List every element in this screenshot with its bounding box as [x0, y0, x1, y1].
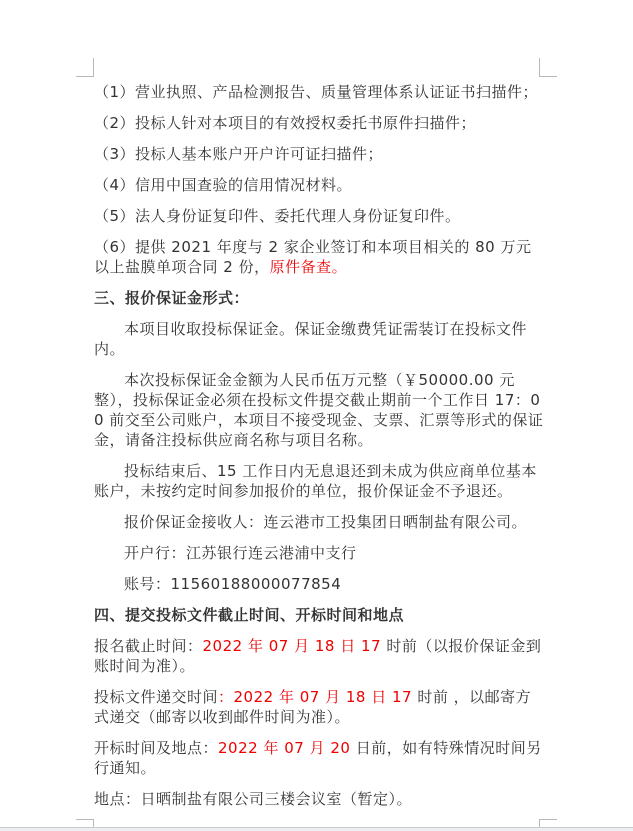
text-segment: （2）投标人针对本项目的有效授权委托书原件扫描件；	[94, 114, 476, 132]
para-deposit-intro: 本项目收取投标保证金。保证金缴费凭证需装订在投标文件内。	[94, 319, 544, 359]
list-item-4: （4）信用中国查验的信用情况材料。	[94, 175, 544, 195]
text-segment: 本次投标保证金金额为人民币伍万元整（￥50000.00 元整），投标保证金必须在…	[94, 371, 543, 449]
para-bid-opening-time: 开标时间及地点：2022 年 07 月 20 日前，如有特殊情况时间另行通知。	[94, 738, 544, 778]
para-bank-name: 开户行：江苏银行连云港浦中支行	[94, 543, 544, 563]
crop-mark-top-right-icon	[539, 58, 557, 77]
text-segment: 三、报价保证金形式：	[94, 289, 249, 307]
red-text-segment: 2022 年 07 月 18 日 17	[203, 637, 387, 655]
text-segment: 四、提交投标文件截止时间、开标时间和地点	[94, 606, 404, 624]
red-text-segment: 2022 年 07 月 20	[218, 739, 356, 757]
text-segment: （5）法人身份证复印件、委托代理人身份证复印件。	[94, 207, 461, 225]
document-content: （1）营业执照、产品检测报告、质量管理体系认证证书扫描件；（2）投标人针对本项目…	[94, 82, 544, 820]
text-segment: 地点：日晒制盐有限公司三楼会议室（暂定）。	[94, 790, 412, 808]
crop-mark-top-left-icon	[76, 58, 94, 77]
para-deposit-refund: 投标结束后、15 工作日内无息退还到未成为供应商单位基本账户，未按约定时间参加报…	[94, 461, 544, 501]
text-segment: （1）营业执照、产品检测报告、质量管理体系认证证书扫描件；	[94, 83, 538, 101]
section-heading-4: 四、提交投标文件截止时间、开标时间和地点	[94, 605, 544, 625]
red-text-segment: 原件备查。	[270, 258, 348, 276]
text-segment: 投标文件递交时间	[94, 688, 218, 706]
list-item-6: （6）提供 2021 年度与 2 家企业签订和本项目相关的 80 万元以上盐膜单…	[94, 237, 544, 277]
text-segment: 账号：11560188000077854	[124, 575, 341, 593]
text-segment: （3）投标人基本账户开户许可证扫描件；	[94, 145, 383, 163]
list-item-2: （2）投标人针对本项目的有效授权委托书原件扫描件；	[94, 113, 544, 133]
document-page: （1）营业执照、产品检测报告、质量管理体系认证证书扫描件；（2）投标人针对本项目…	[0, 0, 633, 831]
red-text-segment: ：2022 年 07 月 18 日 17	[218, 688, 417, 706]
text-segment: 报名截止时间：	[94, 637, 203, 655]
para-bank-account: 账号：11560188000077854	[94, 574, 544, 594]
text-segment: （4）信用中国查验的信用情况材料。	[94, 176, 352, 194]
text-segment: 开标时间及地点：	[94, 739, 218, 757]
text-segment: 本项目收取投标保证金。保证金缴费凭证需装订在投标文件内。	[94, 320, 527, 358]
para-bid-opening-place: 地点：日晒制盐有限公司三楼会议室（暂定）。	[94, 789, 544, 809]
section-heading-3: 三、报价保证金形式：	[94, 288, 544, 308]
list-item-3: （3）投标人基本账户开户许可证扫描件；	[94, 144, 544, 164]
text-segment: 报价保证金接收人：连云港市工投集团日晒制盐有限公司。	[124, 513, 527, 531]
text-segment: 投标结束后、15 工作日内无息退还到未成为供应商单位基本账户，未按约定时间参加报…	[94, 462, 537, 500]
para-registration-deadline: 报名截止时间：2022 年 07 月 18 日 17 时前（以报价保证金到账时间…	[94, 636, 544, 676]
para-submission-deadline: 投标文件递交时间：2022 年 07 月 18 日 17 时前 ，以邮寄方式递交…	[94, 687, 544, 727]
text-segment: 开户行：江苏银行连云港浦中支行	[124, 544, 357, 562]
list-item-5: （5）法人身份证复印件、委托代理人身份证复印件。	[94, 206, 544, 226]
para-deposit-amount: 本次投标保证金金额为人民币伍万元整（￥50000.00 元整），投标保证金必须在…	[94, 370, 544, 450]
page-bottom-edge	[0, 827, 633, 831]
para-deposit-receiver: 报价保证金接收人：连云港市工投集团日晒制盐有限公司。	[94, 512, 544, 532]
list-item-1: （1）营业执照、产品检测报告、质量管理体系认证证书扫描件；	[94, 82, 544, 102]
